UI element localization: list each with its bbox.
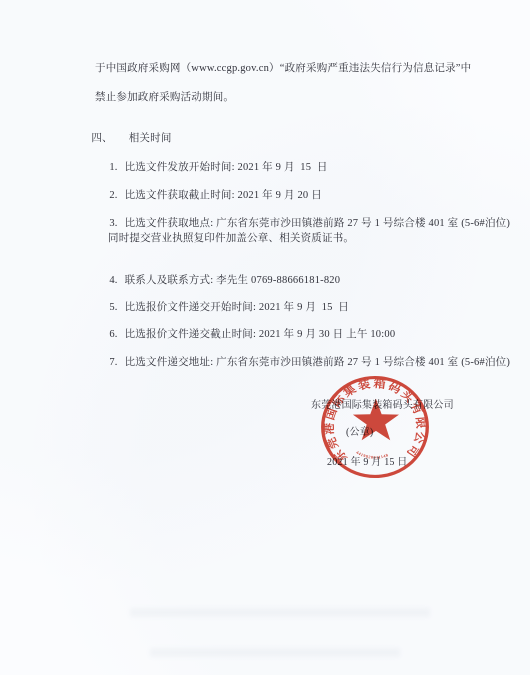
scan-bleedthrough-artifact xyxy=(130,608,430,617)
seal-serial-container: 4419820011148 xyxy=(355,450,389,460)
item-text: 比选报价文件递交截止时间: 2021 年 9 月 30 日 上午 10:00 xyxy=(125,329,396,340)
list-item-7: 7.比选文件递交地址: 广东省东莞市沙田镇港前路 27 号 1 号综合楼 401… xyxy=(98,342,510,384)
item-text: 比选文件获取地点: 广东省东莞市沙田镇港前路 27 号 1 号综合楼 401 室… xyxy=(125,218,510,229)
scan-bleedthrough-artifact xyxy=(150,648,400,657)
seal-star-icon xyxy=(353,399,399,441)
item-text: 联系人及联系方式: 李先生 0769-88666181-820 xyxy=(125,275,341,286)
item-number: 3. xyxy=(109,217,117,231)
section-title: 相关时间 xyxy=(129,133,172,144)
item-number: 4. xyxy=(109,274,117,288)
scanned-document-page: 于中国政府采购网（www.ccgp.gov.cn）“政府采购严重违法失信行为信息… xyxy=(0,0,530,675)
seal-serial-number: 4419820011148 xyxy=(355,450,389,460)
item-text: 比选文件获取截止时间: 2021 年 9 月 20 日 xyxy=(125,190,322,201)
item-text: 比选报价文件递交开始时间: 2021 年 9 月 15 日 xyxy=(125,302,349,313)
item-number: 7. xyxy=(109,356,117,370)
item-text: 比选文件发放开始时间: 2021 年 9 月 15 日 xyxy=(125,162,328,173)
item-number: 2. xyxy=(109,189,117,203)
item-number: 6. xyxy=(109,328,117,342)
intro-line-2: 禁止参加政府采购活动期间。 xyxy=(95,91,234,105)
item-number: 1. xyxy=(109,161,117,175)
section-number: 四、 xyxy=(91,133,112,144)
intro-line-1: 于中国政府采购网（www.ccgp.gov.cn）“政府采购严重违法失信行为信息… xyxy=(95,62,471,76)
item-text: 比选文件递交地址: 广东省东莞市沙田镇港前路 27 号 1 号综合楼 401 室… xyxy=(125,357,510,368)
item-number: 5. xyxy=(109,301,117,315)
list-item-3-continuation: 同时提交营业执照复印件加盖公章、相关资质证书。 xyxy=(108,232,354,246)
company-seal-stamp: 东莞港国际集装箱码头有限公司 4419820011148 xyxy=(319,374,431,480)
